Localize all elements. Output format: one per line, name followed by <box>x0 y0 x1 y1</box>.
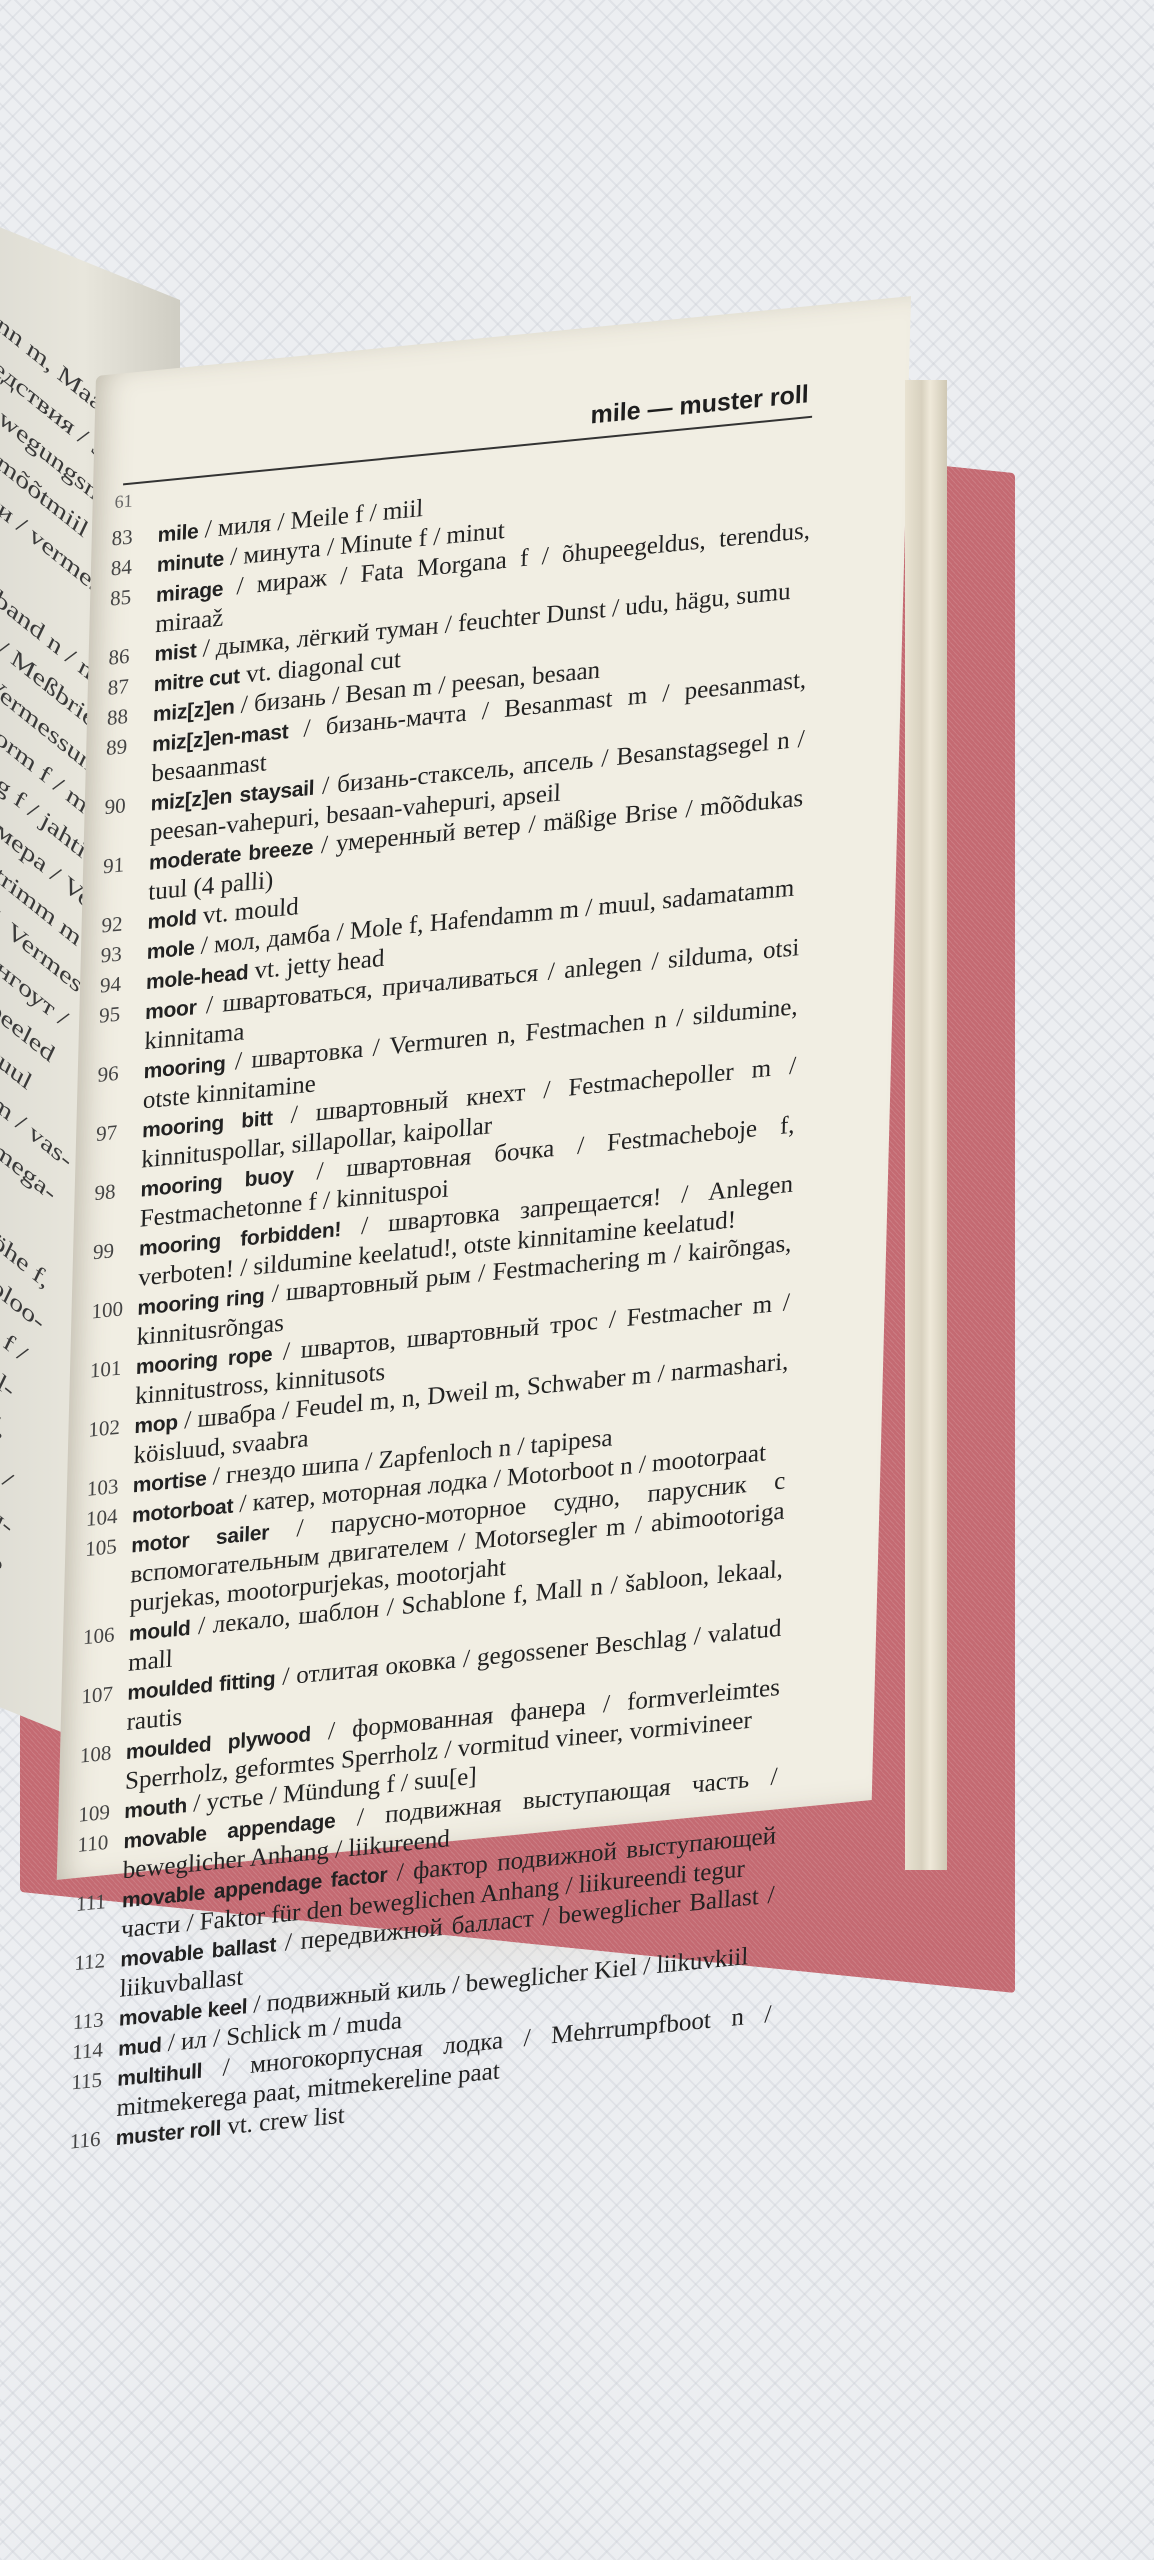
entry-headword: mold <box>147 906 197 934</box>
entry-headword: minute <box>157 547 225 577</box>
entry-headword: mirage <box>156 578 224 608</box>
entry-number: 102 <box>88 1412 129 1445</box>
page-edges <box>905 380 947 1870</box>
entry-number: 116 <box>69 2124 110 2157</box>
entry-headword: muster roll <box>115 2117 221 2150</box>
entry-headword: mould <box>129 1617 191 1646</box>
entry-headword: mooring <box>143 1052 225 1083</box>
entry-number: 111 <box>76 1886 117 1919</box>
entry-headword: mist <box>154 639 197 666</box>
entry-number: 103 <box>86 1471 127 1504</box>
running-header: mile — muster roll <box>590 380 809 430</box>
entry-headword: mile <box>157 520 198 547</box>
entry-headword: mop <box>134 1411 178 1438</box>
page-number: 61 <box>114 490 133 513</box>
entry-number: 107 <box>81 1678 122 1711</box>
entry-number: 92 <box>101 907 142 940</box>
entry-number: 106 <box>83 1619 124 1652</box>
entry-number: 115 <box>71 2064 112 2097</box>
entry-number: 101 <box>90 1353 131 1386</box>
entry-number: 95 <box>99 998 140 1031</box>
entry-headword: mole <box>146 936 194 964</box>
entry-number: 85 <box>110 581 151 614</box>
entry-number: 96 <box>97 1057 138 1090</box>
entry-number: 112 <box>74 1945 115 1978</box>
entry-number: 97 <box>96 1116 137 1149</box>
entry-number: 88 <box>107 700 148 733</box>
entry-number: 108 <box>80 1738 121 1771</box>
entry-headword: mud <box>118 2034 162 2061</box>
entry-number: 94 <box>100 968 141 1001</box>
entry-number: 89 <box>106 730 147 763</box>
entry-number: 84 <box>111 551 152 584</box>
entry-number: 105 <box>85 1531 126 1564</box>
entry-number: 98 <box>94 1175 135 1208</box>
entry-number: 83 <box>111 521 152 554</box>
entry-number: 91 <box>103 848 144 881</box>
entry-number: 86 <box>108 640 149 673</box>
entry-number: 87 <box>107 670 148 703</box>
entry-number: 109 <box>78 1797 119 1830</box>
entry-number: 114 <box>72 2034 113 2067</box>
entry-number: 100 <box>91 1293 132 1326</box>
entry-headword: moor <box>145 996 197 1024</box>
entry-number: 104 <box>86 1501 127 1534</box>
entry-number: 99 <box>93 1234 134 1267</box>
entry-number: 90 <box>104 789 145 822</box>
entry-number: 113 <box>73 2004 114 2037</box>
entry-number: 110 <box>77 1827 118 1860</box>
right-page: mile — muster roll 61 83mile / миля / Me… <box>57 296 911 1880</box>
entry-headword: multihull <box>117 2060 202 2091</box>
entry-headword: mouth <box>124 1794 187 1823</box>
entry-number: 93 <box>100 938 141 971</box>
dictionary-entries: 83mile / миля / Meile f / miil84minute /… <box>69 456 812 2158</box>
entry-headword: mortise <box>133 1467 207 1497</box>
